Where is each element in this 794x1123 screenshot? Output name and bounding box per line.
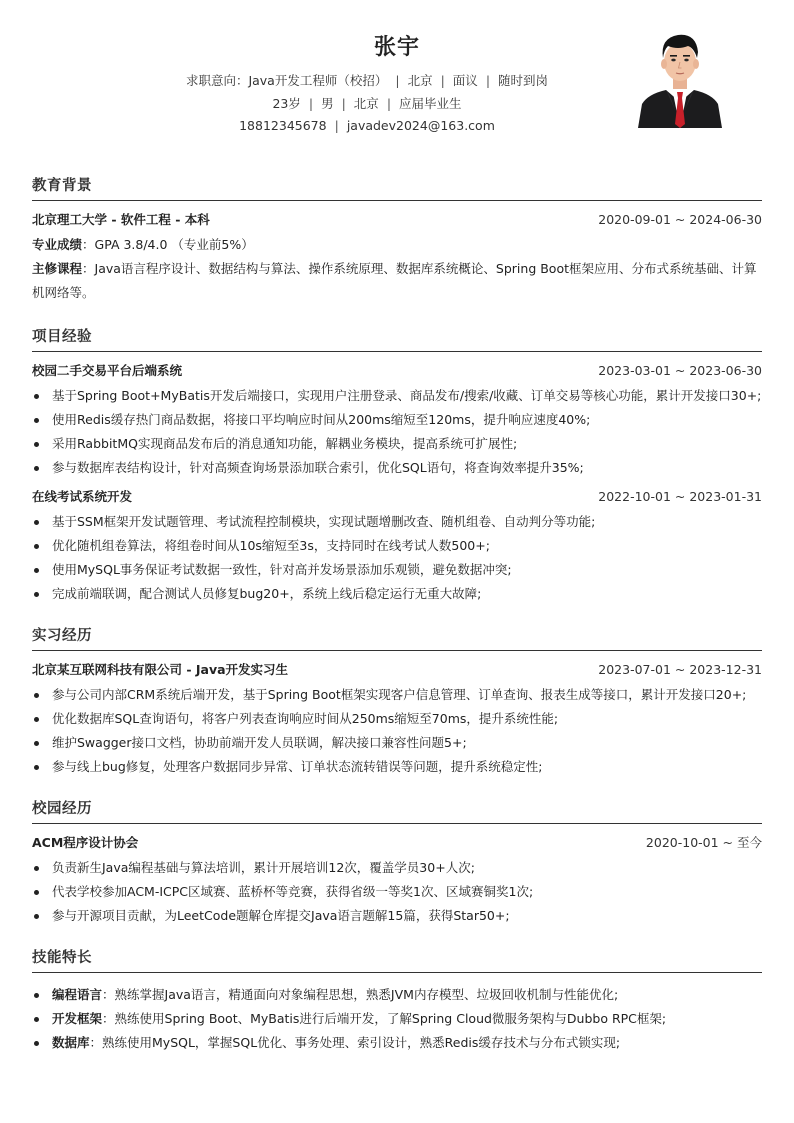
skill-label: 编程语言 [52,987,102,1002]
status: 应届毕业生 [399,96,462,111]
project-entry: 在线考试系统开发 2022-10-01 ~ 2023-01-31 基于SSM框架… [32,488,762,606]
divider: | [486,73,490,88]
availability: 随时到岗 [498,73,548,88]
skill-item: 开发框架：熟练使用Spring Boot、MyBatis进行后端开发，了解Spr… [32,1007,762,1031]
project-name: 在线考试系统开发 [32,488,132,506]
section-title: 教育背景 [32,174,762,201]
resume-header: 张宇 求职意向：Java开发工程师（校招）|北京|面议|随时到岗 23岁|男|北… [32,0,762,150]
list-item: 参与公司内部CRM系统后端开发，基于Spring Boot框架实现客户信息管理、… [32,683,762,707]
courses-value: ：Java语言程序设计、数据结构与算法、操作系统原理、数据库系统概论、Sprin… [32,261,757,300]
project-entry: 校园二手交易平台后端系统 2023-03-01 ~ 2023-06-30 基于S… [32,362,762,480]
list-item: 采用RabbitMQ实现商品发布后的消息通知功能，解耦业务模块，提高系统可扩展性… [32,432,762,456]
list-item: 基于SSM框架开发试题管理、考试流程控制模块，实现试题增删改查、随机组卷、自动判… [32,510,762,534]
company-role: 北京某互联网科技有限公司 - Java开发实习生 [32,661,288,679]
divider: | [335,118,339,133]
education-section: 教育背景 北京理工大学 - 软件工程 - 本科 2020-09-01 ~ 202… [32,174,762,305]
gpa-value: ：GPA 3.8/4.0 （专业前5%） [82,237,254,252]
divider: | [387,96,391,111]
gpa-row: 专业成绩：GPA 3.8/4.0 （专业前5%） [32,233,762,257]
skill-text: ：熟练使用Spring Boot、MyBatis进行后端开发，了解Spring … [102,1011,666,1026]
list-item: 完成前端联调，配合测试人员修复bug20+，系统上线后稳定运行无重大故障; [32,582,762,606]
school-name: 北京理工大学 - 软件工程 - 本科 [32,211,210,229]
organization-name: ACM程序设计协会 [32,834,138,852]
salary: 面议 [453,73,478,88]
campus-bullets: 负责新生Java编程基础与算法培训，累计开展培训12次，覆盖学员30+人次; 代… [32,856,762,928]
date-range: 2020-09-01 ~ 2024-06-30 [598,211,762,229]
date-range: 2022-10-01 ~ 2023-01-31 [598,488,762,506]
date-range: 2020-10-01 ~ 至今 [646,834,762,852]
projects-section: 项目经验 校园二手交易平台后端系统 2023-03-01 ~ 2023-06-3… [32,325,762,606]
skill-label: 开发框架 [52,1011,102,1026]
internship-header: 北京某互联网科技有限公司 - Java开发实习生 2023-07-01 ~ 20… [32,661,762,679]
age: 23岁 [272,96,300,111]
project-name: 校园二手交易平台后端系统 [32,362,182,380]
skill-item: 编程语言：熟练掌握Java语言，精通面向对象编程思想，熟悉JVM内存模型、垃圾回… [32,983,762,1007]
courses-row: 主修课程：Java语言程序设计、数据结构与算法、操作系统原理、数据库系统概论、S… [32,257,762,305]
list-item: 参与数据库表结构设计，针对高频查询场景添加联合索引，优化SQL语句，将查询效率提… [32,456,762,480]
list-item: 代表学校参加ACM-ICPC区域赛、蓝桥杯等竞赛，获得省级一等奖1次、区域赛铜奖… [32,880,762,904]
divider: | [441,73,445,88]
courses-label: 主修课程 [32,261,82,276]
section-title: 技能特长 [32,946,762,973]
skill-item: 数据库：熟练使用MySQL，掌握SQL优化、事务处理、索引设计，熟悉Redis缓… [32,1031,762,1055]
date-range: 2023-03-01 ~ 2023-06-30 [598,362,762,380]
skills-section: 技能特长 编程语言：熟练掌握Java语言，精通面向对象编程思想，熟悉JVM内存模… [32,946,762,1055]
divider: | [395,73,399,88]
location: 北京 [408,73,433,88]
list-item: 参与开源项目贡献，为LeetCode题解仓库提交Java语言题解15篇，获得St… [32,904,762,928]
project-bullets: 基于Spring Boot+MyBatis开发后端接口，实现用户注册登录、商品发… [32,384,762,480]
list-item: 使用MySQL事务保证考试数据一致性，针对高并发场景添加乐观锁，避免数据冲突; [32,558,762,582]
list-item: 负责新生Java编程基础与算法培训，累计开展培训12次，覆盖学员30+人次; [32,856,762,880]
project-bullets: 基于SSM框架开发试题管理、考试流程控制模块，实现试题增删改查、随机组卷、自动判… [32,510,762,606]
project-header: 校园二手交易平台后端系统 2023-03-01 ~ 2023-06-30 [32,362,762,380]
project-header: 在线考试系统开发 2022-10-01 ~ 2023-01-31 [32,488,762,506]
list-item: 维护Swagger接口文档，协助前端开发人员联调，解决接口兼容性问题5+; [32,731,762,755]
list-item: 优化数据库SQL查询语句，将客户列表查询响应时间从250ms缩短至70ms，提升… [32,707,762,731]
section-title: 校园经历 [32,797,762,824]
internship-bullets: 参与公司内部CRM系统后端开发，基于Spring Boot框架实现客户信息管理、… [32,683,762,779]
education-entry-header: 北京理工大学 - 软件工程 - 本科 2020-09-01 ~ 2024-06-… [32,211,762,229]
email[interactable]: javadev2024@163.com [347,118,495,133]
profile-photo [630,24,730,128]
gpa-label: 专业成绩 [32,237,82,252]
list-item: 参与线上bug修复，处理客户数据同步异常、订单状态流转错误等问题，提升系统稳定性… [32,755,762,779]
divider: | [309,96,313,111]
resume-page: 张宇 求职意向：Java开发工程师（校招）|北京|面议|随时到岗 23岁|男|北… [0,0,794,1123]
skill-label: 数据库 [52,1035,90,1050]
list-item: 基于Spring Boot+MyBatis开发后端接口，实现用户注册登录、商品发… [32,384,762,408]
phone[interactable]: 18812345678 [239,118,326,133]
skill-text: ：熟练掌握Java语言，精通面向对象编程思想，熟悉JVM内存模型、垃圾回收机制与… [102,987,618,1002]
campus-header: ACM程序设计协会 2020-10-01 ~ 至今 [32,834,762,852]
date-range: 2023-07-01 ~ 2023-12-31 [598,661,762,679]
avatar-icon [630,24,730,128]
section-title: 项目经验 [32,325,762,352]
list-item: 优化随机组卷算法，将组卷时间从10s缩短至3s，支持同时在线考试人数500+; [32,534,762,558]
campus-section: 校园经历 ACM程序设计协会 2020-10-01 ~ 至今 负责新生Java编… [32,797,762,928]
skill-text: ：熟练使用MySQL，掌握SQL优化、事务处理、索引设计，熟悉Redis缓存技术… [90,1035,621,1050]
divider: | [342,96,346,111]
gender: 男 [321,96,334,111]
skills-list: 编程语言：熟练掌握Java语言，精通面向对象编程思想，熟悉JVM内存模型、垃圾回… [32,983,762,1055]
city: 北京 [354,96,379,111]
internship-section: 实习经历 北京某互联网科技有限公司 - Java开发实习生 2023-07-01… [32,624,762,779]
job-intention: 求职意向：Java开发工程师（校招） [186,73,387,88]
list-item: 使用Redis缓存热门商品数据，将接口平均响应时间从200ms缩短至120ms，… [32,408,762,432]
section-title: 实习经历 [32,624,762,651]
